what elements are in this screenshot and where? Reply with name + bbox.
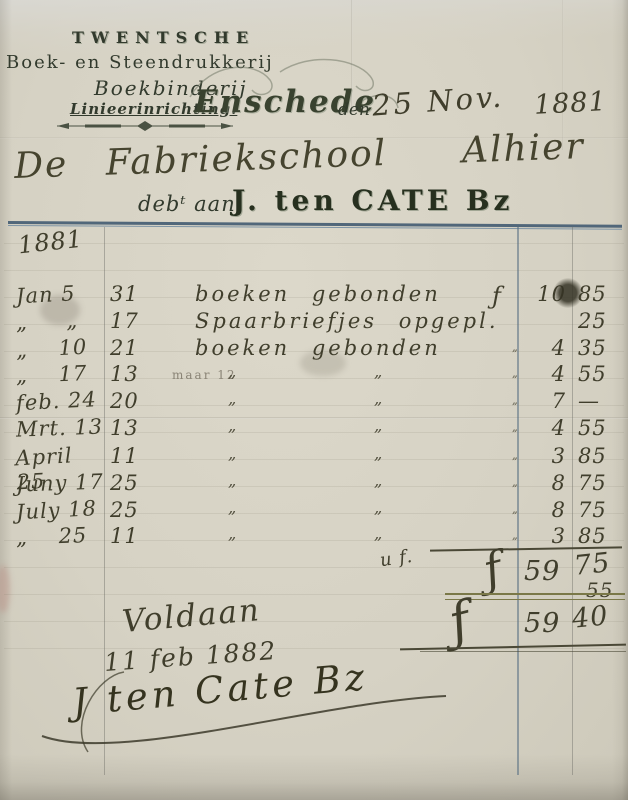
row-qty: 13 [110, 416, 160, 440]
row-ditto-2: „ [374, 498, 383, 517]
row-ditto-2: „ [374, 524, 383, 543]
row-date: Mrt. 13 [16, 414, 107, 441]
table-row: Jan 5 31 boeken gebonden ƒ 10 85 [0, 282, 628, 310]
row-ditto-2: „ [374, 389, 383, 408]
row-qty: 25 [110, 471, 160, 495]
row-qty: 13 [110, 362, 160, 386]
table-row: July 18 25 „ „ „ 8 75 [0, 498, 628, 526]
row-florin-ditto: „ [512, 449, 519, 462]
row-florin-ditto: „ [512, 394, 519, 407]
addressee-line: De Fabriekschool Alhier [13, 126, 585, 187]
row-ditto-2: „ [374, 471, 383, 490]
row-cents: 35 [578, 336, 607, 360]
row-guilders: 4 [520, 416, 566, 440]
row-cents: 85 [578, 444, 607, 468]
row-qty: 11 [110, 444, 160, 468]
row-qty: 17 [110, 309, 160, 333]
row-ditto-1: „ [228, 416, 237, 435]
table-row: Juny 17 25 „ „ „ 8 75 [0, 471, 628, 499]
row-date: „ 10 [15, 334, 106, 363]
row-ditto-2: „ [374, 444, 383, 463]
row-florin-ditto: „ [512, 529, 519, 542]
row-date: Juny 17 [16, 469, 107, 496]
row-description: boeken gebonden [195, 336, 441, 360]
row-cents: — [578, 389, 600, 413]
row-pencil-note: maar 12 [172, 368, 237, 382]
final-rule-2 [420, 651, 626, 652]
row-date: „ „ [16, 307, 107, 334]
table-row: Mrt. 13 13 „ „ „ 4 55 [0, 416, 628, 444]
row-qty: 21 [110, 336, 160, 360]
row-florin-sign: ƒ [492, 282, 502, 310]
row-florin-ditto: „ [512, 421, 519, 434]
row-cents: 75 [578, 471, 607, 495]
double-rule-top [445, 593, 625, 595]
table-row: feb. 24 20 „ „ „ 7 — [0, 389, 628, 417]
row-guilders: 3 [520, 524, 566, 548]
row-ditto-1: „ [228, 498, 237, 517]
creditor-name: J. ten CATE Bz [232, 184, 513, 217]
row-ditto-1: „ [228, 471, 237, 490]
row-ditto-1: „ [228, 524, 237, 543]
row-guilders: 3 [520, 444, 566, 468]
table-year-label: 1881 [17, 225, 85, 260]
pink-smudge [0, 565, 10, 613]
row-description: boeken gebonden [195, 282, 441, 306]
final-rule [400, 644, 626, 651]
date-prefix: den [338, 100, 370, 120]
row-qty: 20 [110, 389, 160, 413]
row-guilders: 7 [520, 389, 566, 413]
header-rule [8, 221, 622, 231]
final-cents: 40 [570, 600, 609, 635]
table-row: „ 10 21 boeken gebonden „ 4 35 [0, 336, 628, 364]
row-date: July 18 [15, 496, 106, 525]
row-ditto-2: „ [374, 362, 383, 381]
row-cents: 25 [578, 309, 607, 333]
row-cents: 85 [578, 524, 607, 548]
row-qty: 11 [110, 524, 160, 548]
row-description: Spaarbriefjes opgepl. [195, 309, 499, 333]
debit-label: debᵗ aan [138, 192, 236, 216]
row-florin-ditto: „ [512, 476, 519, 489]
row-florin-ditto: „ [512, 341, 519, 354]
double-rule-bottom [445, 599, 625, 600]
row-guilders: 4 [520, 362, 566, 386]
row-guilders: 8 [520, 498, 566, 522]
row-ditto-1: „ [228, 444, 237, 463]
table-row: „ „ 17 Spaarbriefjes opgepl. 25 [0, 309, 628, 337]
row-cents: 75 [578, 498, 607, 522]
row-florin-ditto: „ [512, 367, 519, 380]
handwritten-year: 1881 [533, 86, 607, 121]
subtotal-cents: 75 [572, 547, 611, 582]
table-row: April 25 11 „ „ „ 3 85 [0, 444, 628, 472]
ink-blot [553, 278, 583, 308]
row-date: „ 17 [16, 360, 107, 387]
paid-note: Voldaan [121, 592, 263, 640]
row-qty: 25 [110, 498, 160, 522]
row-cents: 55 [578, 416, 607, 440]
row-cents: 55 [578, 362, 607, 386]
row-date: Jan 5 [15, 280, 106, 309]
row-ditto-1: „ [228, 389, 237, 408]
total-annotation: u f. [379, 546, 415, 571]
row-florin-ditto: „ [512, 503, 519, 516]
row-guilders: 4 [520, 336, 566, 360]
company-name: TWENTSCHE [72, 28, 255, 47]
row-date: „ 25 [16, 522, 107, 549]
invoice-sheet: TWENTSCHE Boek- en Steendrukkerij Boekbi… [0, 0, 628, 800]
row-date: feb. 24 [15, 387, 106, 416]
final-guilders: 59 [524, 608, 560, 639]
table-row: „ 17 13 maar 12 „ „ „ 4 55 [0, 362, 628, 390]
row-qty: 31 [110, 282, 160, 306]
row-ditto-2: „ [374, 416, 383, 435]
row-ditto-1: „ [228, 362, 237, 381]
row-guilders: 8 [520, 471, 566, 495]
subtotal-guilders: 59 [524, 556, 560, 587]
